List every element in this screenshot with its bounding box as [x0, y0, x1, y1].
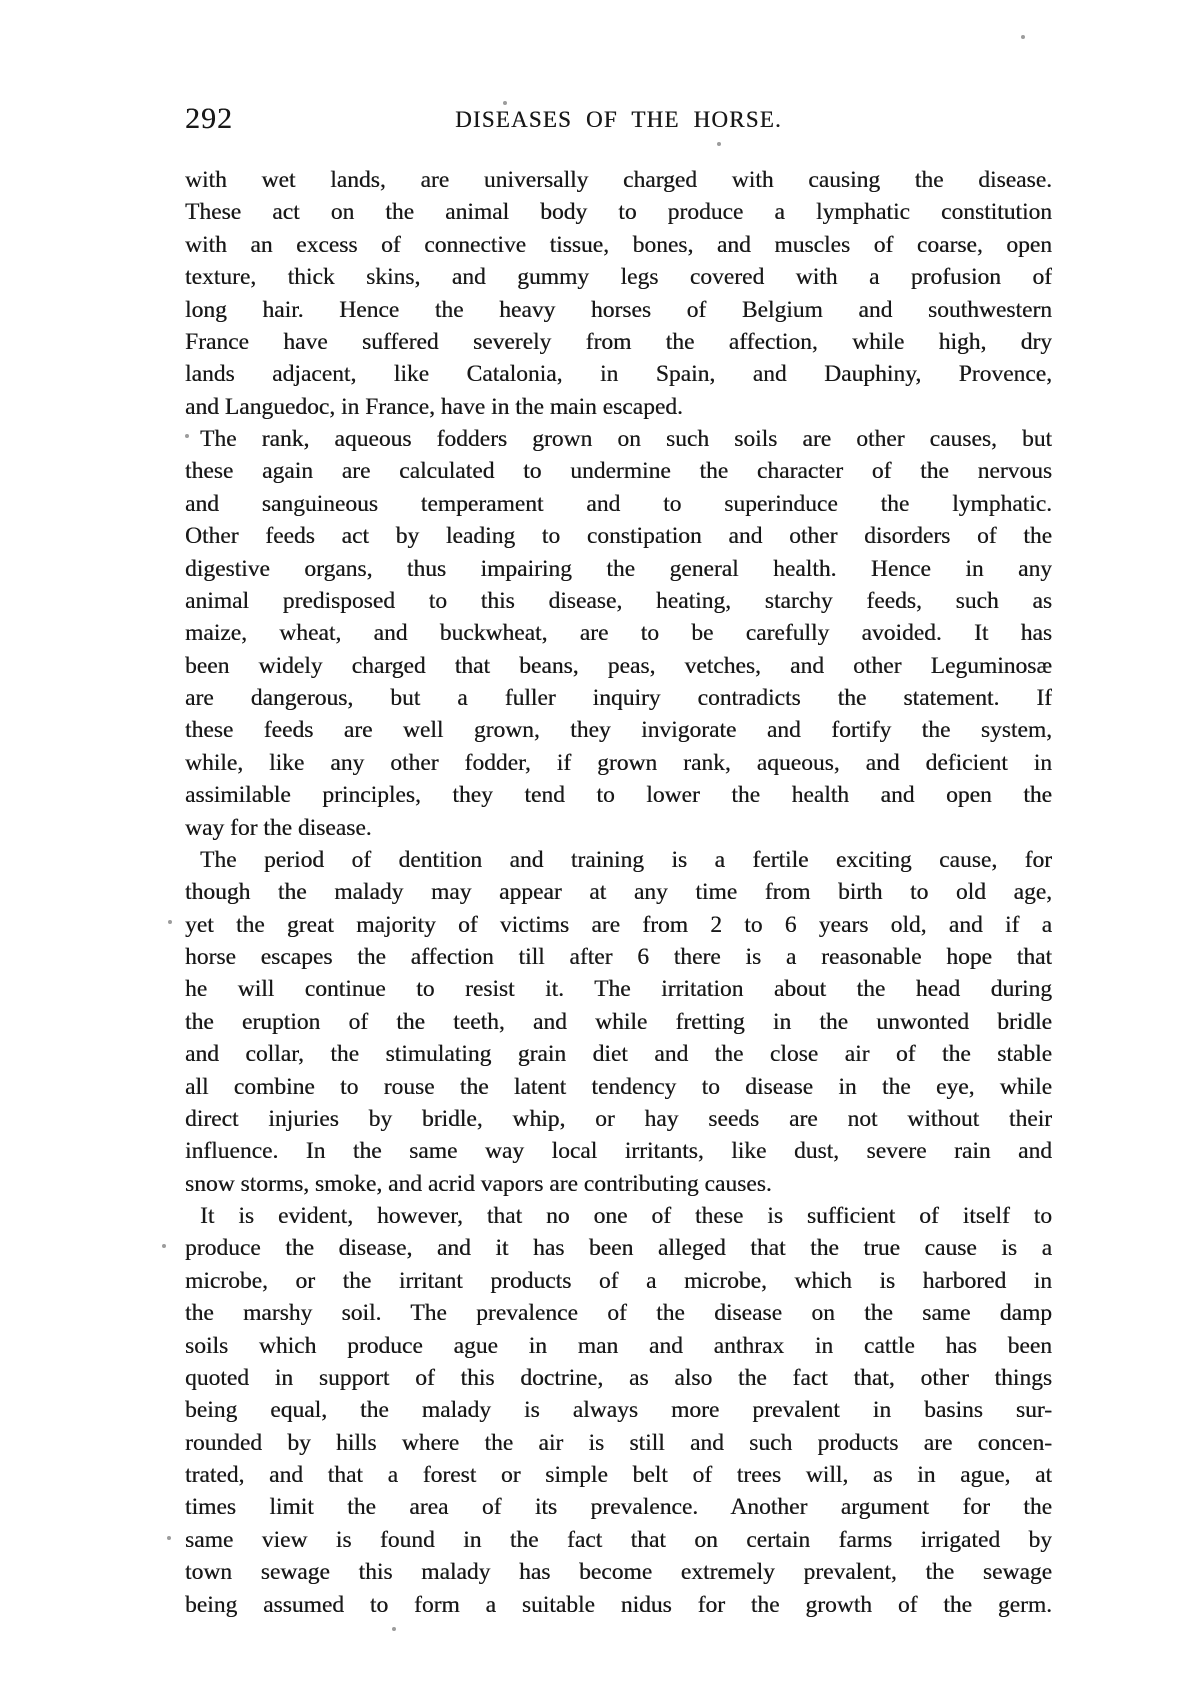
- scan-speck: [392, 1627, 396, 1631]
- text-line: long hair. Hence the heavy horses of Bel…: [185, 294, 1052, 326]
- scan-speck: [1021, 35, 1025, 39]
- text-line: France have suffered severely from the a…: [185, 326, 1052, 358]
- text-line: microbe, or the irritant products of a m…: [185, 1265, 1052, 1297]
- text-line: maize, wheat, and buckwheat, are to be c…: [185, 617, 1052, 649]
- text-line: are dangerous, but a fuller inquiry cont…: [185, 682, 1052, 714]
- text-line: assimilable principles, they tend to low…: [185, 779, 1052, 811]
- text-line: being equal, the malady is always more p…: [185, 1394, 1052, 1426]
- text-line: texture, thick skins, and gummy legs cov…: [185, 261, 1052, 293]
- text-line: digestive organs, thus impairing the gen…: [185, 553, 1052, 585]
- text-line: with wet lands, are universally charged …: [185, 164, 1052, 196]
- scan-speck: [167, 1536, 171, 1540]
- text-line: and collar, the stimulating grain diet a…: [185, 1038, 1052, 1070]
- text-line: snow storms, smoke, and acrid vapors are…: [185, 1168, 1052, 1200]
- text-line: the eruption of the teeth, and while fre…: [185, 1006, 1052, 1038]
- scan-speck: [717, 142, 721, 146]
- page-body: with wet lands, are universally charged …: [185, 164, 1052, 1621]
- text-line: all combine to rouse the latent tendency…: [185, 1071, 1052, 1103]
- scan-speck: [185, 434, 189, 438]
- scan-speck: [503, 101, 507, 105]
- text-line: lands adjacent, like Catalonia, in Spain…: [185, 358, 1052, 390]
- text-line: produce the disease, and it has been all…: [185, 1232, 1052, 1264]
- text-line: These act on the animal body to produce …: [185, 196, 1052, 228]
- text-line: yet the great majority of victims are fr…: [185, 909, 1052, 941]
- text-line: and Languedoc, in France, have in the ma…: [185, 391, 1052, 423]
- text-line: The rank, aqueous fodders grown on such …: [185, 423, 1052, 455]
- scan-speck: [168, 920, 172, 924]
- text-line: with an excess of connective tissue, bon…: [185, 229, 1052, 261]
- running-title: DISEASES OF THE HORSE.: [185, 103, 1052, 137]
- text-line: being assumed to form a suitable nidus f…: [185, 1589, 1052, 1621]
- text-line: and sanguineous temperament and to super…: [185, 488, 1052, 520]
- text-line: been widely charged that beans, peas, ve…: [185, 650, 1052, 682]
- text-line: quoted in support of this doctrine, as a…: [185, 1362, 1052, 1394]
- scan-speck: [162, 1244, 166, 1248]
- text-line: though the malady may appear at any time…: [185, 876, 1052, 908]
- page-header: 292 DISEASES OF THE HORSE.: [185, 103, 1052, 137]
- text-line: same view is found in the fact that on c…: [185, 1524, 1052, 1556]
- text-line: The period of dentition and training is …: [185, 844, 1052, 876]
- text-line: influence. In the same way local irritan…: [185, 1135, 1052, 1167]
- text-line: he will continue to resist it. The irrit…: [185, 973, 1052, 1005]
- text-line: rounded by hills where the air is still …: [185, 1427, 1052, 1459]
- text-line: times limit the area of its prevalence. …: [185, 1491, 1052, 1523]
- text-line: animal predisposed to this disease, heat…: [185, 585, 1052, 617]
- text-line: while, like any other fodder, if grown r…: [185, 747, 1052, 779]
- text-line: way for the disease.: [185, 812, 1052, 844]
- text-line: trated, and that a forest or simple belt…: [185, 1459, 1052, 1491]
- text-line: town sewage this malady has become extre…: [185, 1556, 1052, 1588]
- text-line: these again are calculated to undermine …: [185, 455, 1052, 487]
- text-line: direct injuries by bridle, whip, or hay …: [185, 1103, 1052, 1135]
- text-line: soils which produce ague in man and anth…: [185, 1330, 1052, 1362]
- text-line: It is evident, however, that no one of t…: [185, 1200, 1052, 1232]
- text-line: the marshy soil. The prevalence of the d…: [185, 1297, 1052, 1329]
- text-line: Other feeds act by leading to constipati…: [185, 520, 1052, 552]
- book-page: 292 DISEASES OF THE HORSE. with wet land…: [0, 0, 1200, 1688]
- text-line: horse escapes the affection till after 6…: [185, 941, 1052, 973]
- text-line: these feeds are well grown, they invigor…: [185, 714, 1052, 746]
